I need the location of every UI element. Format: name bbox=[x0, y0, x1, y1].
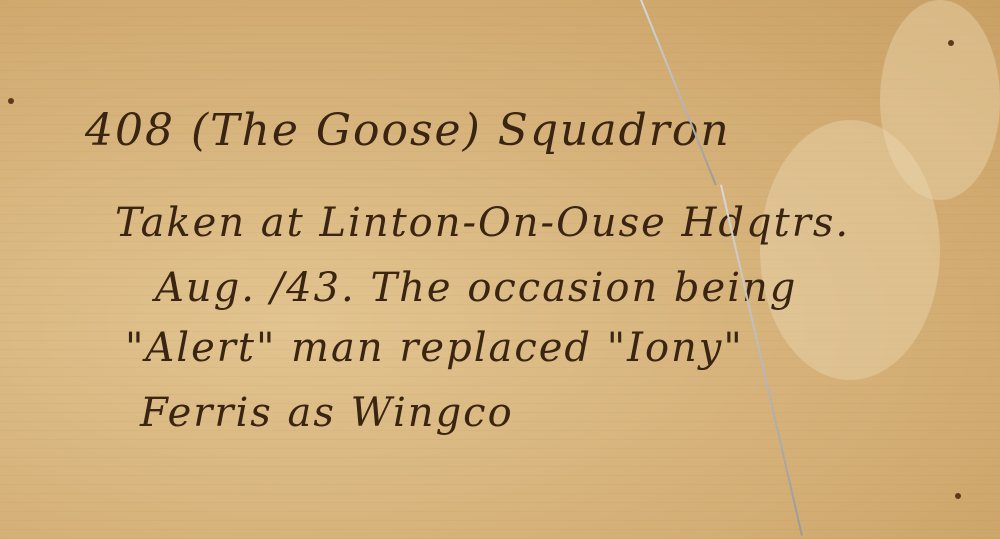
cardboard-backing: 408 (The Goose) Squadron Taken at Linton… bbox=[0, 0, 1000, 539]
hanging-wire bbox=[640, 0, 717, 185]
note-line-1: 408 (The Goose) Squadron bbox=[85, 105, 731, 156]
note-line-5: Ferris as Wingco bbox=[140, 390, 514, 436]
paper-stain bbox=[880, 0, 1000, 200]
note-line-4: "Alert" man replaced "Iony" bbox=[125, 325, 744, 371]
note-line-3: Aug. /43. The occasion being bbox=[155, 265, 797, 311]
nail-hole bbox=[8, 98, 14, 104]
nail-hole bbox=[955, 493, 961, 499]
nail-hole bbox=[948, 40, 954, 46]
note-line-2: Taken at Linton-On-Ouse Hdqtrs. bbox=[115, 200, 850, 246]
